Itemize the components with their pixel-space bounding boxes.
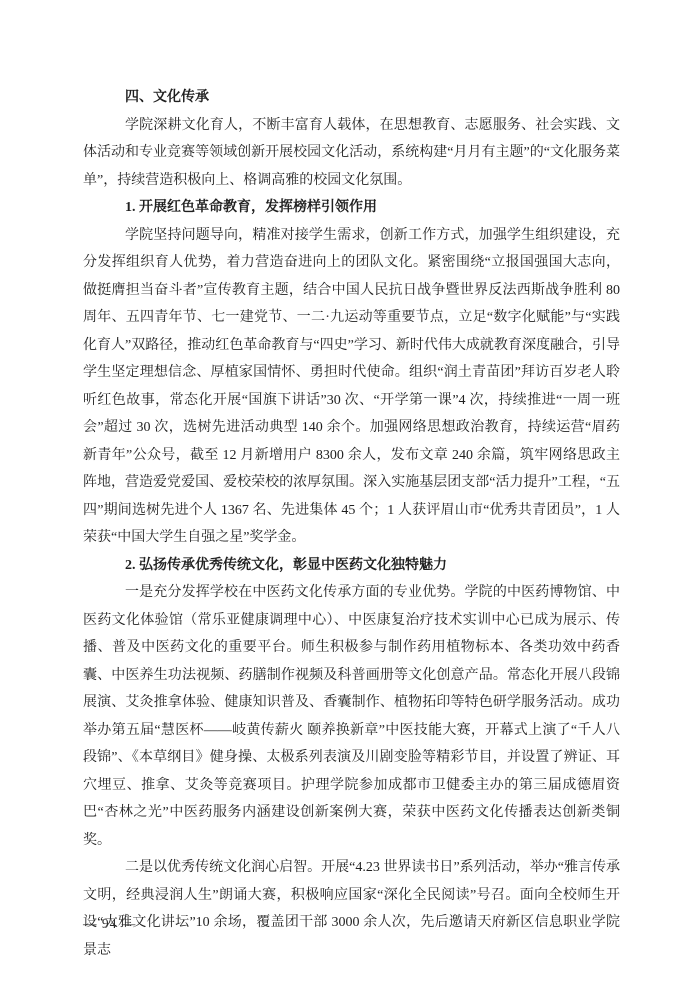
paragraph-tcm-culture: 一是充分发挥学校在中医药文化传承方面的专业优势。学院的中医药博物馆、中医药文化体… <box>83 579 620 854</box>
subsection-heading-red-education: 1. 开展红色革命教育，发挥榜样引领作用 <box>83 194 620 222</box>
section-title: 四、文化传承 <box>83 84 620 112</box>
document-page: 四、文化传承 学院深耕文化育人，不断丰富育人载体，在思想教育、志愿服务、社会实践… <box>0 0 700 989</box>
page-number: — 94 — <box>83 916 136 932</box>
document-body: 四、文化传承 学院深耕文化育人，不断丰富育人载体，在思想教育、志愿服务、社会实践… <box>83 84 620 964</box>
subsection-heading-traditional-culture: 2. 弘扬传承优秀传统文化，彰显中医药文化独特魅力 <box>83 552 620 580</box>
paragraph-reading-culture: 二是以优秀传统文化润心启智。开展“4.23 世界读书日”系列活动，举办“雅言传承… <box>83 854 620 964</box>
paragraph-red-education: 学院坚持问题导向，精准对接学生需求，创新工作方式，加强学生组织建设，充分发挥组织… <box>83 222 620 552</box>
paragraph-culture-intro: 学院深耕文化育人，不断丰富育人载体，在思想教育、志愿服务、社会实践、文体活动和专… <box>83 112 620 195</box>
